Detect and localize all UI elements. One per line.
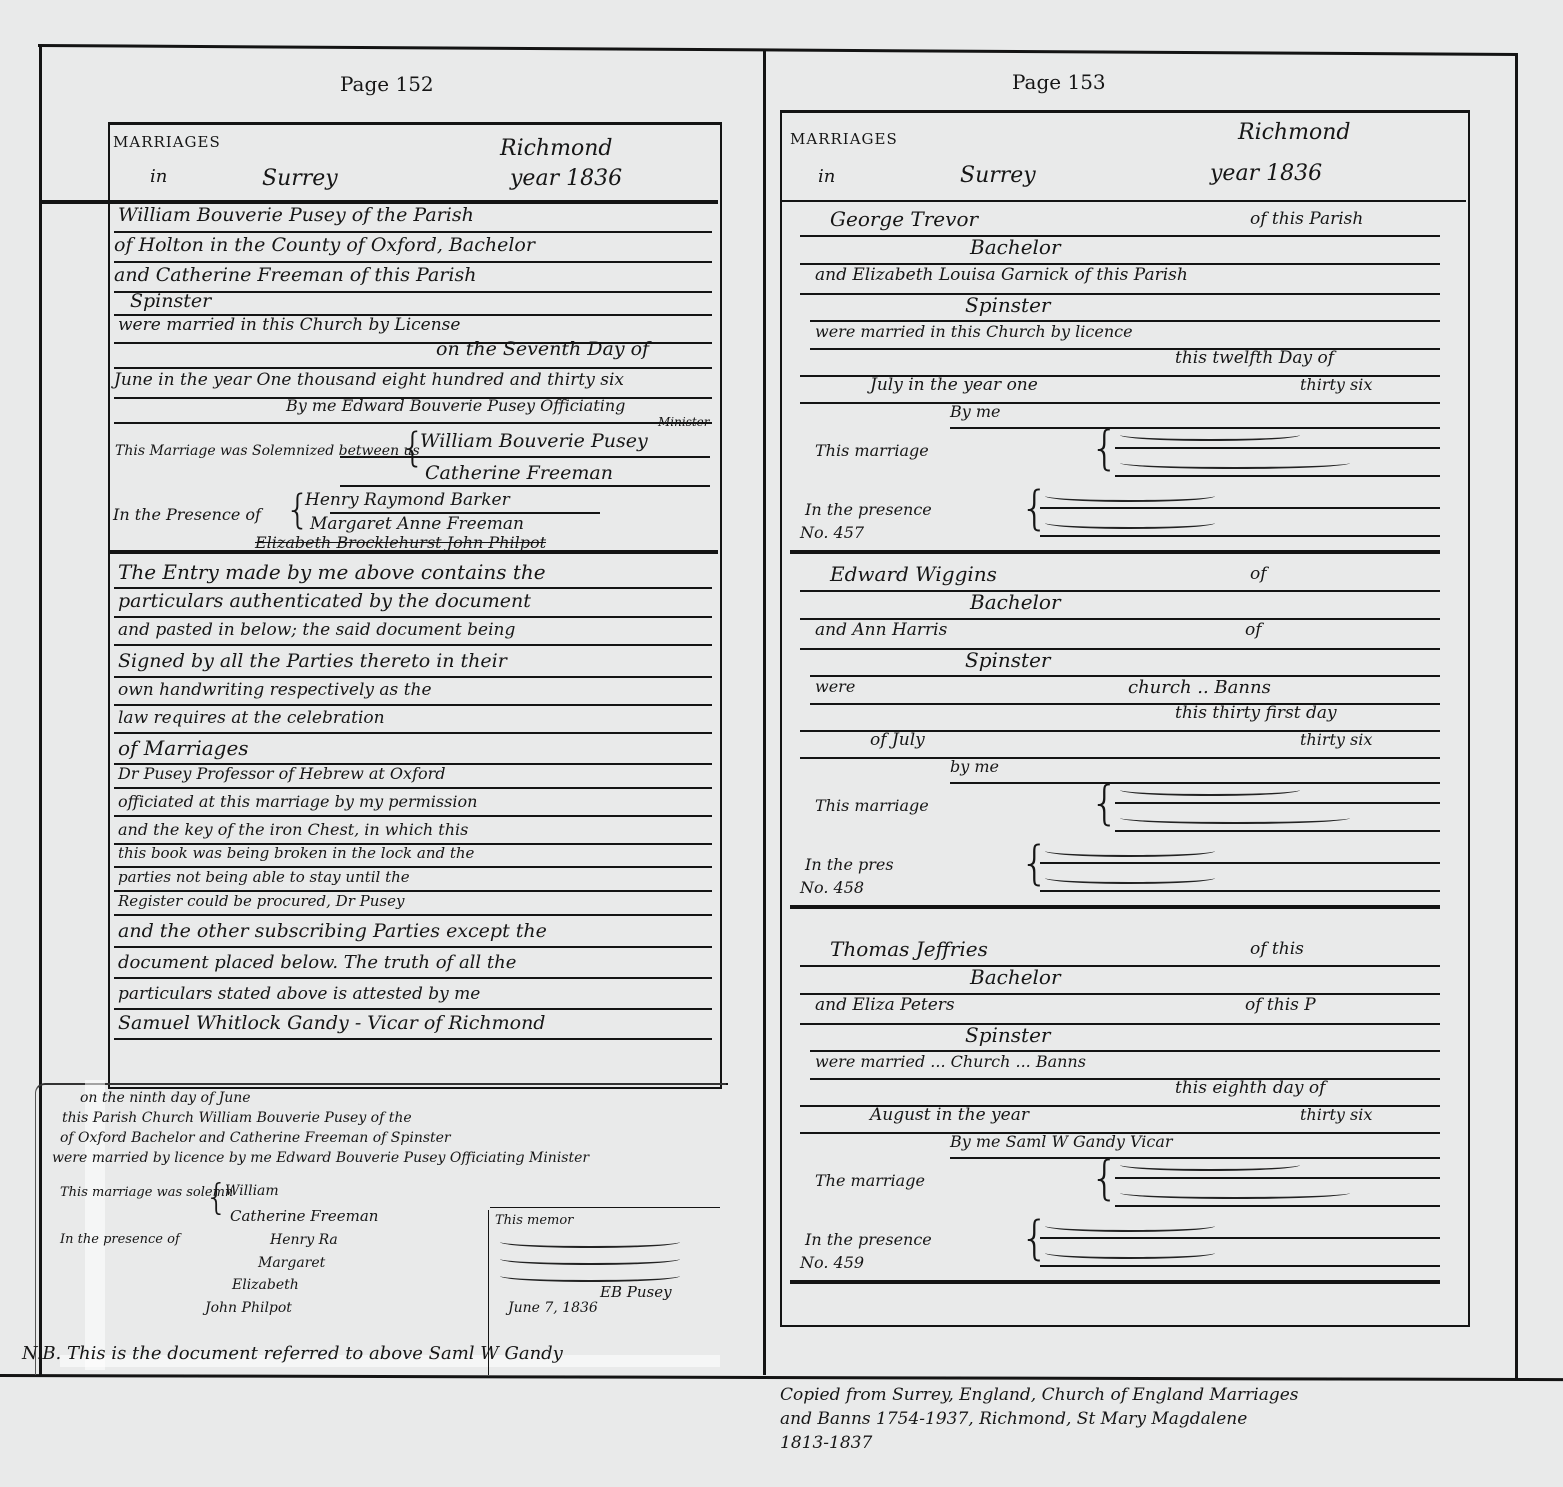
by-me: By me: [950, 402, 1001, 421]
signature-squiggle: [1045, 517, 1215, 529]
married-mid: church .. Banns: [1128, 677, 1271, 698]
bride-line: and Eliza Peters: [815, 995, 955, 1015]
entry-line: were married in this Church by License: [118, 315, 460, 335]
signature-squiggle: [1045, 1247, 1215, 1259]
note-line: this book was being broken in the lock a…: [118, 844, 474, 862]
signature-squiggle: [1120, 1187, 1350, 1199]
pasted-presence-name-3: Elizabeth: [232, 1277, 299, 1293]
groom-parish: of this: [1250, 939, 1304, 959]
page-label-right: Page 153: [1012, 70, 1106, 94]
pasted-presence-name-4: John Philpot: [205, 1300, 292, 1316]
rule: [800, 965, 1440, 967]
groom-status: Bachelor: [970, 965, 1061, 989]
rule: [114, 1008, 712, 1010]
entry-number: No. 457: [800, 523, 864, 542]
pasted-solemnized-name-2: Catherine Freeman: [230, 1207, 378, 1225]
rule: [114, 787, 712, 789]
squiggle: [500, 1236, 680, 1248]
signature-squiggle: [1045, 490, 1215, 502]
groom-name: Thomas Jeffries: [830, 937, 988, 961]
header-place: Richmond: [1238, 120, 1350, 145]
pasted-solemnized-name-1: William: [225, 1183, 279, 1199]
bride-status: Spinster: [965, 293, 1050, 317]
solemnized-name-1: William Bouverie Pusey: [420, 430, 648, 452]
married-line: were married ... Church ... Banns: [815, 1052, 1086, 1071]
groom-parish: of this Parish: [1250, 209, 1363, 229]
entry-divider: [790, 550, 1440, 554]
note-line: Dr Pusey Professor of Hebrew at Oxford: [118, 764, 446, 783]
year-tail: thirty six: [1300, 1105, 1372, 1124]
pasted-presence-name-2: Margaret: [258, 1255, 325, 1271]
pasted-line: this Parish Church William Bouverie Puse…: [62, 1110, 412, 1126]
presence-label: In the pres: [805, 855, 894, 874]
solemnized-label: This marriage: [815, 441, 929, 460]
header-county: Surrey: [960, 163, 1036, 188]
note-line: and the other subscribing Parties except…: [118, 920, 547, 942]
groom-parish: of: [1250, 564, 1267, 584]
note-line: officiated at this marriage by my permis…: [118, 792, 477, 811]
rule: [340, 485, 710, 487]
presence-label: In the Presence of: [113, 505, 261, 524]
outer-frame-right: [1515, 55, 1518, 1380]
rule: [1115, 1177, 1440, 1179]
note-line: and pasted in below; the said document b…: [118, 620, 515, 640]
signature-squiggle: [1120, 1159, 1300, 1171]
pasted-presence-label: In the presence of: [60, 1232, 180, 1247]
note-line: The Entry made by me above contains the: [118, 560, 546, 584]
note-line: Signed by all the Parties thereto in the…: [118, 650, 507, 672]
rule: [1040, 1265, 1440, 1267]
squiggle: [500, 1270, 680, 1282]
rule: [114, 616, 712, 618]
rule: [114, 977, 712, 979]
note-line: Samuel Whitlock Gandy - Vicar of Richmon…: [118, 1012, 545, 1034]
signature-squiggle: [1120, 457, 1350, 469]
note-line: document placed below. The truth of all …: [118, 952, 516, 973]
day-line: this eighth day of: [1175, 1078, 1325, 1098]
entry-line: of Holton in the County of Oxford, Bache…: [114, 234, 535, 256]
entry-line: on the Seventh Day of: [436, 338, 649, 360]
year-tail: thirty six: [1300, 730, 1372, 749]
page-divider: [763, 50, 766, 1375]
signature-squiggle: [1045, 1220, 1215, 1232]
rule: [1040, 1237, 1440, 1239]
rule: [114, 1038, 712, 1040]
pasted-document: [35, 1083, 726, 1375]
rule: [114, 422, 712, 424]
rule: [1115, 447, 1440, 449]
outer-frame-top: [38, 44, 1518, 56]
married-line: were: [815, 677, 855, 696]
header-title: MARRIAGES: [113, 133, 221, 151]
footnote: N.B. This is the document referred to ab…: [22, 1343, 563, 1364]
entry-divider: [790, 1280, 1440, 1284]
note-line: and the key of the iron Chest, in which …: [118, 820, 468, 839]
rule: [114, 587, 712, 589]
rule: [800, 1023, 1440, 1025]
entry-line: Minister: [658, 415, 710, 429]
rule: [114, 914, 712, 916]
rule: [800, 293, 1440, 295]
header-year: year 1836: [510, 166, 622, 191]
source-note-line: and Banns 1754-1937, Richmond, St Mary M…: [780, 1409, 1247, 1429]
rule: [1115, 1205, 1440, 1207]
presence-label: In the presence: [805, 500, 932, 519]
signature-squiggle: [1045, 872, 1215, 884]
married-line: were married in this Church by licence: [815, 322, 1133, 341]
note-line: own handwriting respectively as the: [118, 680, 432, 700]
memo-label: This memor: [495, 1213, 573, 1228]
rule: [1115, 475, 1440, 477]
bride-parish: of this P: [1245, 995, 1316, 1015]
groom-name: Edward Wiggins: [830, 562, 997, 586]
source-note-line: Copied from Surrey, England, Church of E…: [780, 1385, 1299, 1405]
entry-line: By me Edward Bouverie Pusey Officiating: [286, 396, 625, 415]
header-county: Surrey: [262, 166, 338, 191]
solemnized-name-2: Catherine Freeman: [425, 462, 613, 484]
groom-status: Bachelor: [970, 590, 1061, 614]
rule: [340, 456, 710, 458]
rule: [800, 235, 1440, 237]
bride-status: Spinster: [965, 648, 1050, 672]
page-label-left: Page 152: [340, 72, 434, 96]
header-year: year 1836: [1210, 161, 1322, 186]
rule: [114, 946, 712, 948]
note-line: of Marriages: [118, 736, 249, 760]
by-me: By me Saml W Gandy Vicar: [950, 1132, 1173, 1151]
pasted-line: of Oxford Bachelor and Catherine Freeman…: [60, 1130, 451, 1146]
day-line: this thirty first day: [1175, 703, 1337, 723]
entry-line: and Catherine Freeman of this Parish: [114, 264, 476, 286]
presence-name-2: Margaret Anne Freeman: [310, 514, 524, 534]
entry-number: No. 458: [800, 878, 864, 897]
entry-line: Spinster: [130, 290, 211, 312]
bride-line: and Elizabeth Louisa Garnick of this Par…: [815, 265, 1188, 285]
rule: [800, 402, 1440, 404]
rule: [490, 1207, 720, 1208]
rule: [810, 348, 1440, 350]
signature-squiggle: [1120, 784, 1300, 796]
outer-frame-bottom: [0, 1374, 1563, 1381]
squiggle: [500, 1253, 680, 1265]
header-title: MARRIAGES: [790, 130, 898, 148]
rule: [114, 704, 712, 706]
rule: [800, 590, 1440, 592]
rule: [114, 815, 712, 817]
month-line: August in the year: [870, 1105, 1029, 1125]
pasted-line: were married by licence by me Edward Bou…: [52, 1150, 589, 1166]
rule: [1040, 535, 1440, 537]
presence-name-1: Henry Raymond Barker: [305, 490, 510, 510]
pasted-line: on the ninth day of June: [80, 1090, 251, 1106]
entry-line: June in the year One thousand eight hund…: [114, 370, 624, 390]
entry-divider: [790, 905, 1440, 909]
groom-name: George Trevor: [830, 207, 978, 231]
rule: [114, 732, 712, 734]
bride-parish: of: [1245, 620, 1262, 640]
rule: [114, 261, 712, 263]
note-line: law requires at the celebration: [118, 708, 385, 728]
note-line: Register could be procured, Dr Pusey: [118, 892, 404, 910]
rule: [1040, 890, 1440, 892]
note-line: particulars authenticated by the documen…: [118, 590, 531, 612]
solemnized-label: The marriage: [815, 1171, 925, 1190]
month-line: of July: [870, 730, 925, 750]
solemnized-label: This marriage: [815, 796, 929, 815]
note-line: parties not being able to stay until the: [118, 868, 410, 886]
rule: [810, 703, 1440, 705]
signature-squiggle: [1120, 812, 1350, 824]
memo-signature: EB Pusey: [600, 1283, 672, 1301]
rule: [800, 648, 1440, 650]
signature-squiggle: [1120, 429, 1300, 441]
rule: [1040, 507, 1440, 509]
groom-status: Bachelor: [970, 235, 1061, 259]
bride-status: Spinster: [965, 1023, 1050, 1047]
day-line: this twelfth Day of: [1175, 348, 1334, 368]
bride-line: and Ann Harris: [815, 620, 947, 640]
year-tail: thirty six: [1300, 375, 1372, 394]
by-me: by me: [950, 757, 999, 776]
memo-date: June 7, 1836: [508, 1300, 598, 1316]
source-note-line: 1813-1837: [780, 1433, 872, 1453]
presence-label: In the presence: [805, 1230, 932, 1249]
header-place: Richmond: [500, 136, 612, 161]
signature-squiggle: [1045, 845, 1215, 857]
note-line: particulars stated above is attested by …: [118, 984, 480, 1004]
rule: [330, 512, 600, 514]
rule: [114, 644, 712, 646]
rule: [114, 231, 712, 233]
rule: [810, 675, 1440, 677]
header-county-prefix: in: [150, 166, 167, 187]
rule: [114, 367, 712, 369]
pasted-presence-name-1: Henry Ra: [270, 1232, 338, 1248]
rule: [810, 1078, 1440, 1080]
entry-line: William Bouverie Pusey of the Parish: [118, 204, 474, 226]
rule: [1115, 802, 1440, 804]
rule: [1115, 830, 1440, 832]
month-line: July in the year one: [870, 375, 1038, 395]
header-divider: [780, 200, 1466, 202]
rule: [1040, 862, 1440, 864]
rule: [114, 676, 712, 678]
header-county-prefix: in: [818, 166, 835, 187]
entry-number: No. 459: [800, 1253, 864, 1272]
rule: [800, 757, 1440, 759]
entry-divider: [108, 550, 718, 554]
